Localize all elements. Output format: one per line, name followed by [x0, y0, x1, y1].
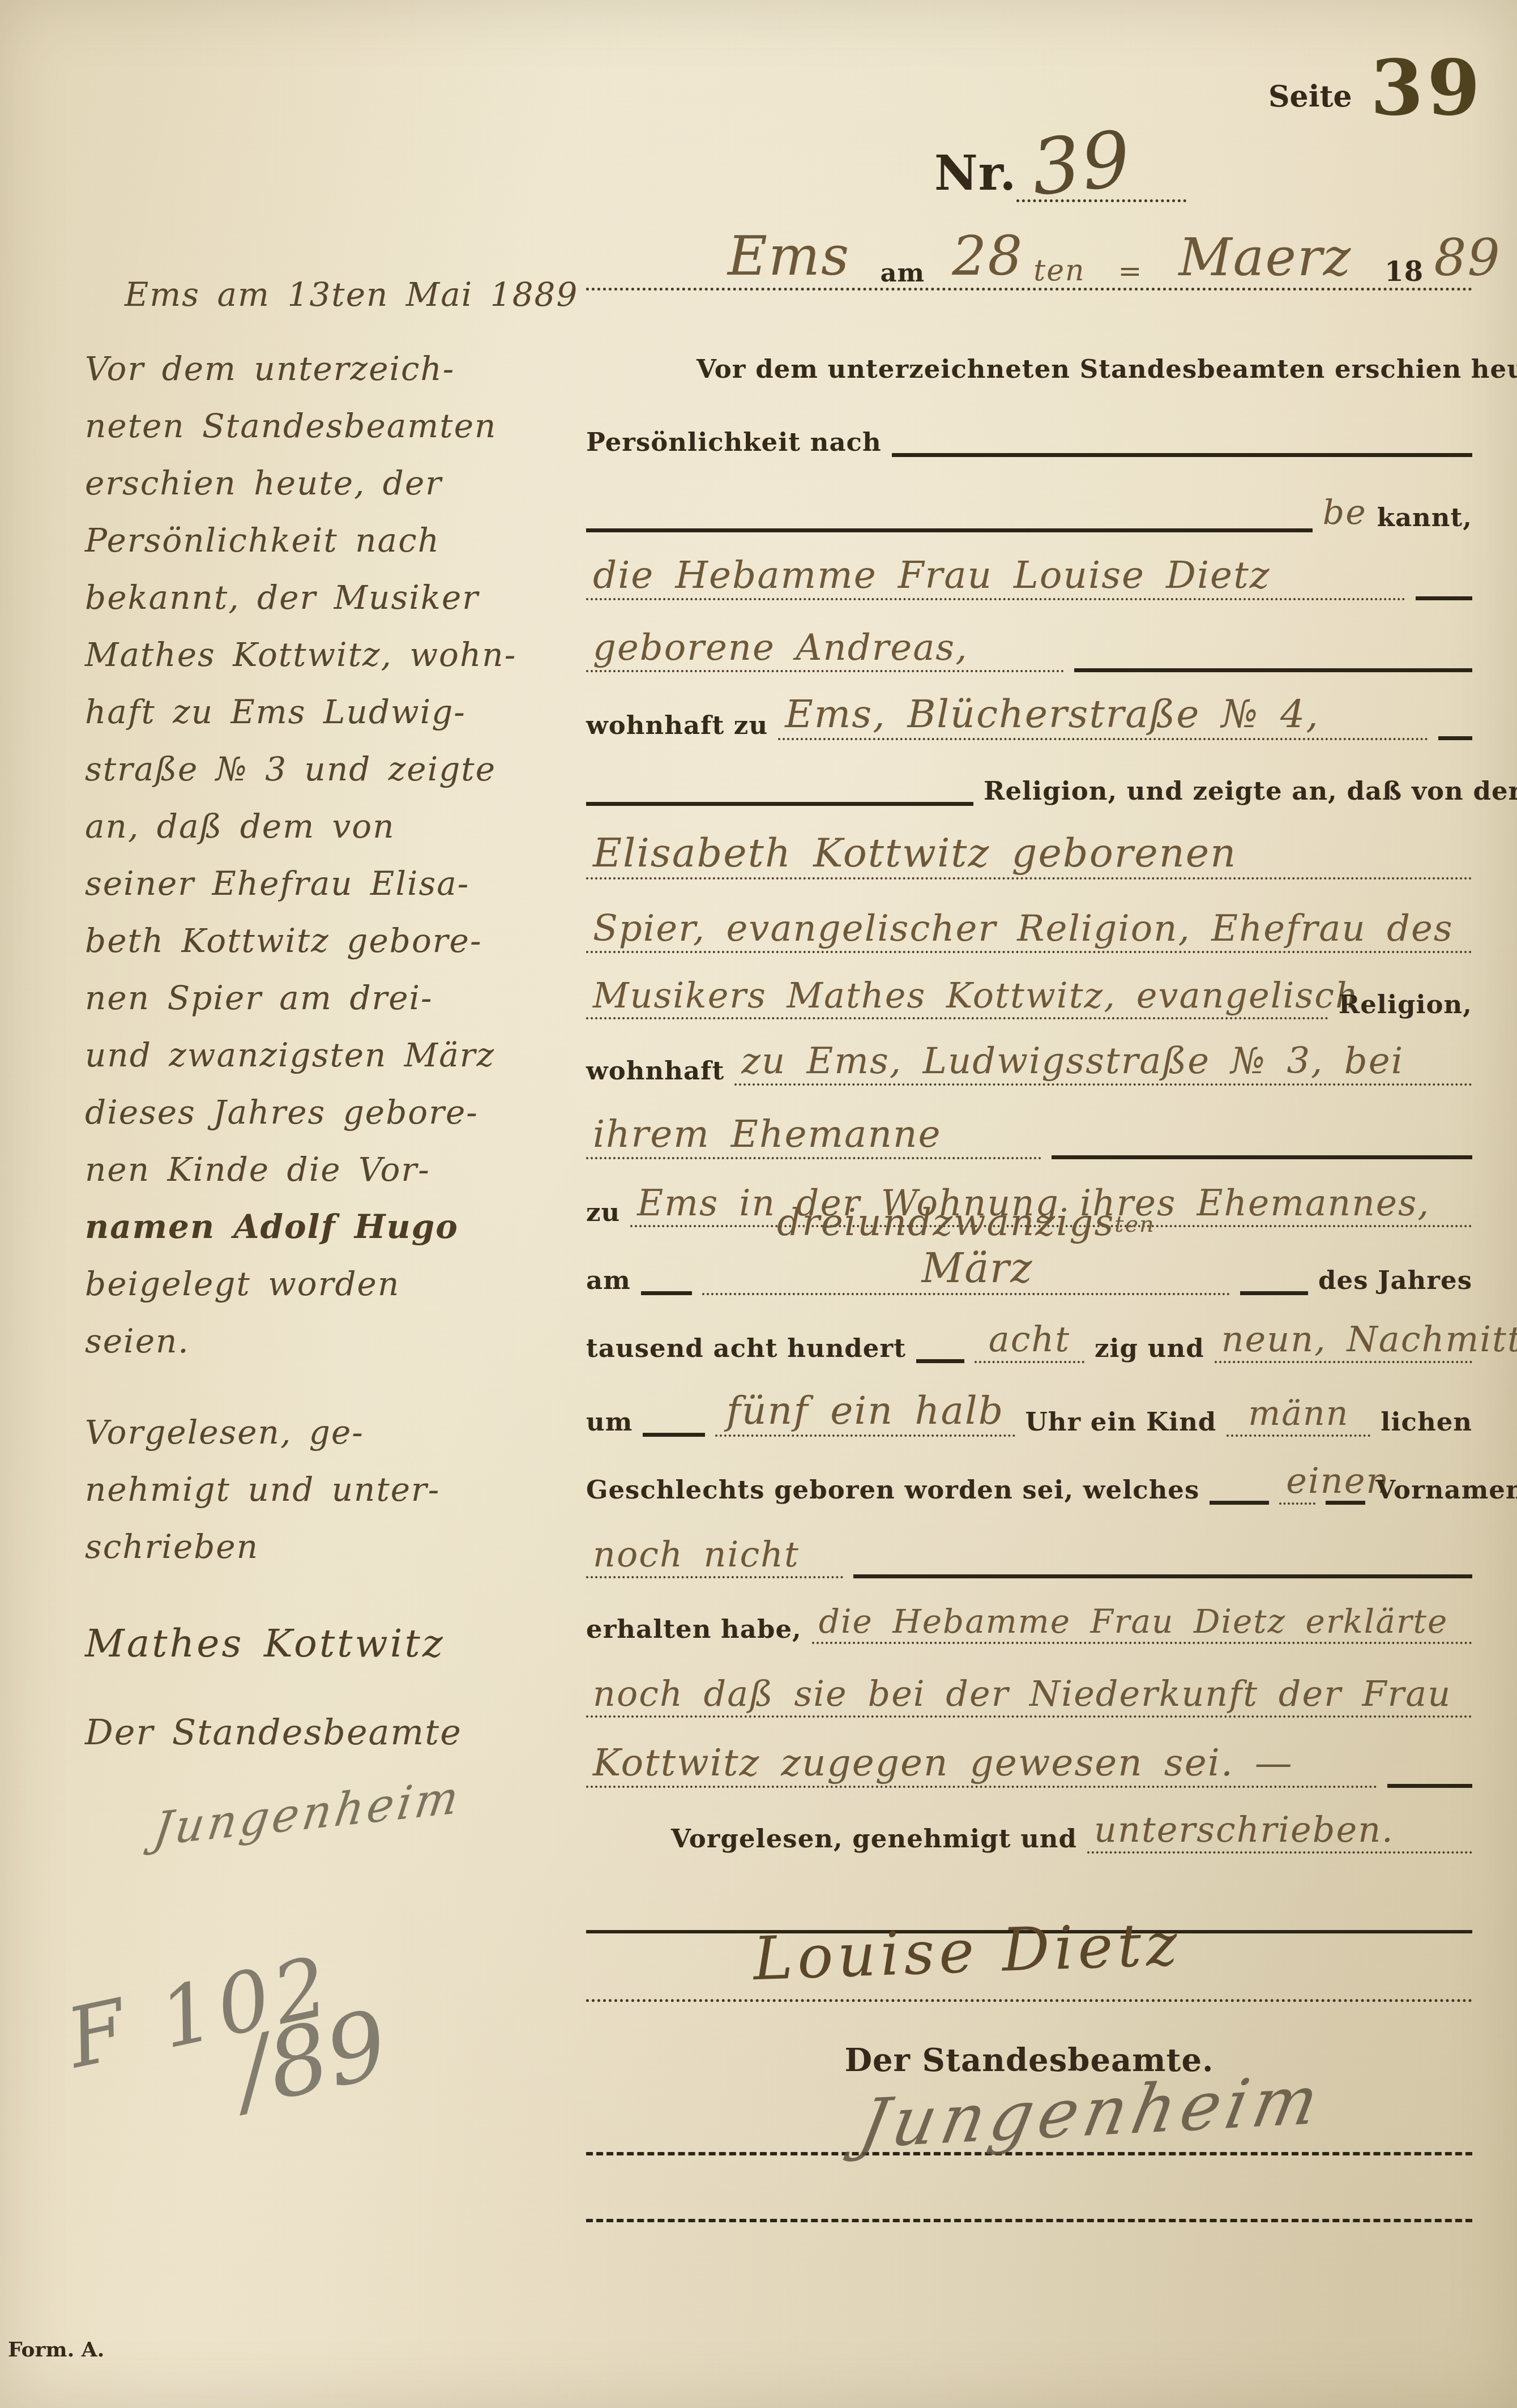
margin-line: an, daß dem von: [85, 798, 595, 855]
neun-handwritten: neun, Nachmittags: [1221, 1318, 1517, 1360]
father-signature: Mathes Kottwitz: [85, 1615, 595, 1672]
mother2-line: Spier, evangelischer Religion, Ehefrau d…: [586, 908, 1472, 953]
religion-printed: Religion,: [1339, 989, 1472, 1019]
uhr-kind-printed: Uhr ein Kind: [1025, 1407, 1217, 1437]
geborene-row: geborene Andreas,: [586, 616, 1472, 672]
zugegen-end-dash: [1387, 1783, 1472, 1788]
margin-line: Persönlichkeit nach: [85, 512, 595, 569]
margin-standesbeamte-label: Der Standesbeamte: [85, 1703, 595, 1761]
mother2-handwritten: Spier, evangelischer Religion, Ehefrau d…: [593, 908, 1454, 950]
page-number-stamp: 39: [1370, 42, 1484, 133]
bekannt-handwritten: be: [1323, 493, 1367, 532]
birthdate-line: dreiundzwanzigsten März: [702, 1201, 1230, 1295]
ehemann-row: ihrem Ehemanne: [586, 1103, 1472, 1159]
margin-line: dieses Jahres gebore-: [85, 1084, 595, 1141]
nr-underline: [1016, 199, 1186, 202]
margin-line: straße № 3 und zeigte: [85, 741, 595, 798]
wohnhaft-zu-label: wohnhaft zu: [586, 710, 768, 740]
geborene-blank: [1074, 667, 1472, 672]
margin-line: beigelegt worden: [85, 1256, 595, 1313]
time-handwritten: fünf ein halb: [727, 1389, 1005, 1433]
midwife-signature: Louise Dietz: [752, 1910, 1183, 1993]
ehemann-blank: [1052, 1154, 1472, 1159]
vorgelesen-row: Vorgelesen, genehmigt und unterschrieben…: [586, 1797, 1472, 1854]
margin-line: haft zu Ems Ludwig-: [85, 684, 595, 741]
hebamme-end-dash: [1416, 596, 1472, 600]
margin-line: seien.: [85, 1313, 595, 1370]
hebamme-row: die Hebamme Frau Louise Dietz: [586, 544, 1472, 600]
father-line: Musikers Mathes Kottwitz, evangelisch: [586, 975, 1328, 1019]
year-row: tausend acht hundert acht zig und neun, …: [586, 1307, 1472, 1363]
margin-line: bekannt, der Musiker: [85, 569, 595, 626]
signature-rule-2: [586, 1999, 1472, 2002]
neun-line: neun, Nachmittags: [1215, 1318, 1472, 1363]
address1-handwritten: Ems, Blücherstraße № 4,: [785, 692, 1319, 737]
margin-closing-line: schrieben: [85, 1518, 595, 1576]
margin-line: seiner Ehefrau Elisa-: [85, 855, 595, 912]
registrar-signature-margin: Jungenheim: [150, 1754, 597, 1859]
unterschrieben-handwritten: unterschrieben.: [1094, 1809, 1394, 1850]
signature-rule-4: [586, 2219, 1472, 2222]
niederkunft-handwritten: noch daß sie bei der Niederkunft der Fra…: [593, 1673, 1451, 1714]
nochnicht-handwritten: noch nicht: [593, 1534, 800, 1575]
erhalten-printed: erhalten habe,: [586, 1614, 802, 1644]
persoenlichkeit-label: Persönlichkeit nach: [586, 427, 882, 457]
father-row: Musikers Mathes Kottwitz, evangelisch Re…: [586, 963, 1472, 1019]
geschlechts-dash1: [1210, 1500, 1269, 1505]
birthdate-row: am dreiundzwanzigsten März des Jahres: [586, 1239, 1472, 1295]
time-line: fünf ein halb: [715, 1389, 1015, 1437]
religion-zeigte-printed: Religion, und zeigte an, daß von der: [984, 776, 1517, 806]
geborene-line: geborene Andreas,: [586, 627, 1064, 672]
hebamme-line: die Hebamme Frau Louise Dietz: [586, 553, 1405, 600]
margin-line: nen Kinde die Vor-: [85, 1141, 595, 1198]
gender-handwritten: männ: [1248, 1394, 1349, 1433]
birthday-handwritten: dreiundzwanzigs: [777, 1201, 1114, 1244]
nochnicht-row: noch nicht: [586, 1522, 1472, 1578]
bekannt-blank: [586, 527, 1313, 532]
address2-handwritten: zu Ems, Ludwigsstraße № 3, bei: [741, 1040, 1404, 1082]
time-row: um fünf ein halb Uhr ein Kind männ liche…: [586, 1380, 1472, 1437]
margin-closing-line: nehmigt und unter-: [85, 1461, 595, 1518]
niederkunft-row: noch daß sie bei der Niederkunft der Fra…: [586, 1661, 1472, 1718]
margin-line: Mathes Kottwitz, wohn-: [85, 626, 595, 684]
bekannt-printed: kannt,: [1377, 502, 1472, 532]
day-suffix-handwritten: ten: [1033, 254, 1085, 288]
mother1-row: Elisabeth Kottwitz geborenen: [586, 823, 1472, 879]
form-label: Form. A.: [8, 2338, 104, 2362]
einen-line: einen: [1279, 1460, 1315, 1505]
niederkunft-line: noch daß sie bei der Niederkunft der Fra…: [586, 1673, 1472, 1718]
day-handwritten: 28: [952, 224, 1023, 288]
separator-mark: =: [1118, 255, 1143, 288]
page-header-seite-label: Seite: [1268, 79, 1352, 114]
nochnicht-line: noch nicht: [586, 1534, 843, 1578]
ehemann-handwritten: ihrem Ehemanne: [593, 1112, 942, 1156]
address2-line: zu Ems, Ludwigsstraße № 3, bei: [734, 1040, 1472, 1086]
nr-label: Nr.: [934, 145, 1017, 201]
year-printed: 18: [1384, 256, 1424, 288]
bekannt-row: be kannt,: [586, 476, 1472, 532]
margin-annotation: Ems am 13ten Mai 1889 Vor dem unterzeich…: [85, 266, 595, 1835]
zugegen-row: Kottwitz zugegen gewesen sei. —: [586, 1731, 1472, 1788]
des-jahres-printed: des Jahres: [1318, 1265, 1472, 1295]
religion-row: Religion, und zeigte an, daß von der: [586, 749, 1472, 806]
margin-line: erschien heute, der: [85, 455, 595, 512]
address1-line: Ems, Blücherstraße № 4,: [778, 692, 1428, 740]
vornamen-printed: Vornamen: [1375, 1475, 1517, 1505]
pencil-archive-number: F 102 /89: [59, 1929, 397, 2161]
geborene-handwritten: geborene Andreas,: [593, 627, 968, 669]
father-handwritten: Musikers Mathes Kottwitz, evangelisch: [593, 975, 1359, 1016]
margin-date-line: Ems am 13ten Mai 1889: [125, 266, 595, 323]
religion-blank: [586, 801, 973, 806]
place-handwritten: Ems: [728, 224, 850, 288]
registry-page-scan: Seite 39 Nr. 39 Ems am 28 ten = Maerz 18…: [0, 0, 1517, 2408]
address1-row: wohnhaft zu Ems, Blücherstraße № 4,: [586, 684, 1472, 740]
unterschrieben-line: unterschrieben.: [1087, 1809, 1472, 1854]
einen-handwritten: einen: [1286, 1460, 1390, 1501]
birthdate-dash1: [641, 1291, 692, 1295]
ehemann-line: ihrem Ehemanne: [586, 1112, 1041, 1159]
am-label: am: [880, 258, 925, 288]
mother2-row: Spier, evangelischer Religion, Ehefrau d…: [586, 896, 1472, 953]
zugegen-line: Kottwitz zugegen gewesen sei. —: [586, 1741, 1377, 1788]
mother1-handwritten: Elisabeth Kottwitz geborenen: [593, 830, 1237, 876]
year-dash: [916, 1359, 964, 1363]
margin-closing-line: Vorgelesen, ge-: [85, 1404, 595, 1461]
acht-handwritten: acht: [989, 1318, 1071, 1360]
geschlechts-printed: Geschlechts geboren worden sei, welches: [586, 1475, 1199, 1505]
margin-line-child-names: namen Adolf Hugo: [85, 1198, 595, 1256]
tausend-printed: tausend acht hundert: [586, 1333, 906, 1363]
lichen-printed: lichen: [1381, 1407, 1472, 1437]
birthmonth-handwritten: März: [921, 1244, 1033, 1292]
zig-und-printed: zig und: [1095, 1333, 1204, 1363]
margin-line: nen Spier am drei-: [85, 970, 595, 1027]
zugegen-handwritten: Kottwitz zugegen gewesen sei. —: [593, 1741, 1293, 1784]
time-dash: [643, 1432, 705, 1437]
geschlechts-dash2: [1326, 1500, 1365, 1505]
mother1-line: Elisabeth Kottwitz geborenen: [586, 830, 1472, 879]
margin-line: beth Kottwitz gebore-: [85, 912, 595, 970]
margin-line: Vor dem unterzeich-: [85, 340, 595, 398]
nr-value-handwritten: 39: [1027, 114, 1135, 213]
erklaerte-handwritten: die Hebamme Frau Dietz erklärte: [819, 1602, 1448, 1641]
persoenlichkeit-blank: [892, 452, 1472, 457]
margin-line: und zwanzigsten März: [85, 1027, 595, 1084]
geschlechts-row: Geschlechts geboren worden sei, welches …: [586, 1448, 1472, 1505]
address2-row: wohnhaft zu Ems, Ludwigsstraße № 3, bei: [586, 1029, 1472, 1086]
erklaerte-line: die Hebamme Frau Dietz erklärte: [812, 1602, 1472, 1644]
intro-printed: Vor dem unterzeichneten Standesbeamten e…: [696, 354, 1517, 384]
birthdate-dash2: [1240, 1291, 1308, 1295]
date-line-row: Ems am 28 ten = Maerz 18 89: [586, 231, 1472, 291]
erhalten-row: erhalten habe, die Hebamme Frau Dietz er…: [586, 1587, 1472, 1644]
persoenlichkeit-row: Persönlichkeit nach: [586, 400, 1472, 457]
month-handwritten: Maerz: [1178, 227, 1352, 288]
address1-end-dash: [1438, 736, 1472, 740]
nochnicht-blank: [853, 1573, 1472, 1578]
gender-line: männ: [1227, 1394, 1370, 1437]
wohnhaft-label: wohnhaft: [586, 1056, 724, 1086]
year-handwritten: 89: [1434, 228, 1501, 288]
margin-line: neten Standesbeamten: [85, 398, 595, 455]
hebamme-handwritten: die Hebamme Frau Louise Dietz: [593, 553, 1270, 597]
acht-line: acht: [975, 1318, 1084, 1363]
vorgelesen-printed: Vorgelesen, genehmigt und: [671, 1824, 1077, 1854]
birthday-suffix-handwritten: ten: [1114, 1211, 1155, 1237]
